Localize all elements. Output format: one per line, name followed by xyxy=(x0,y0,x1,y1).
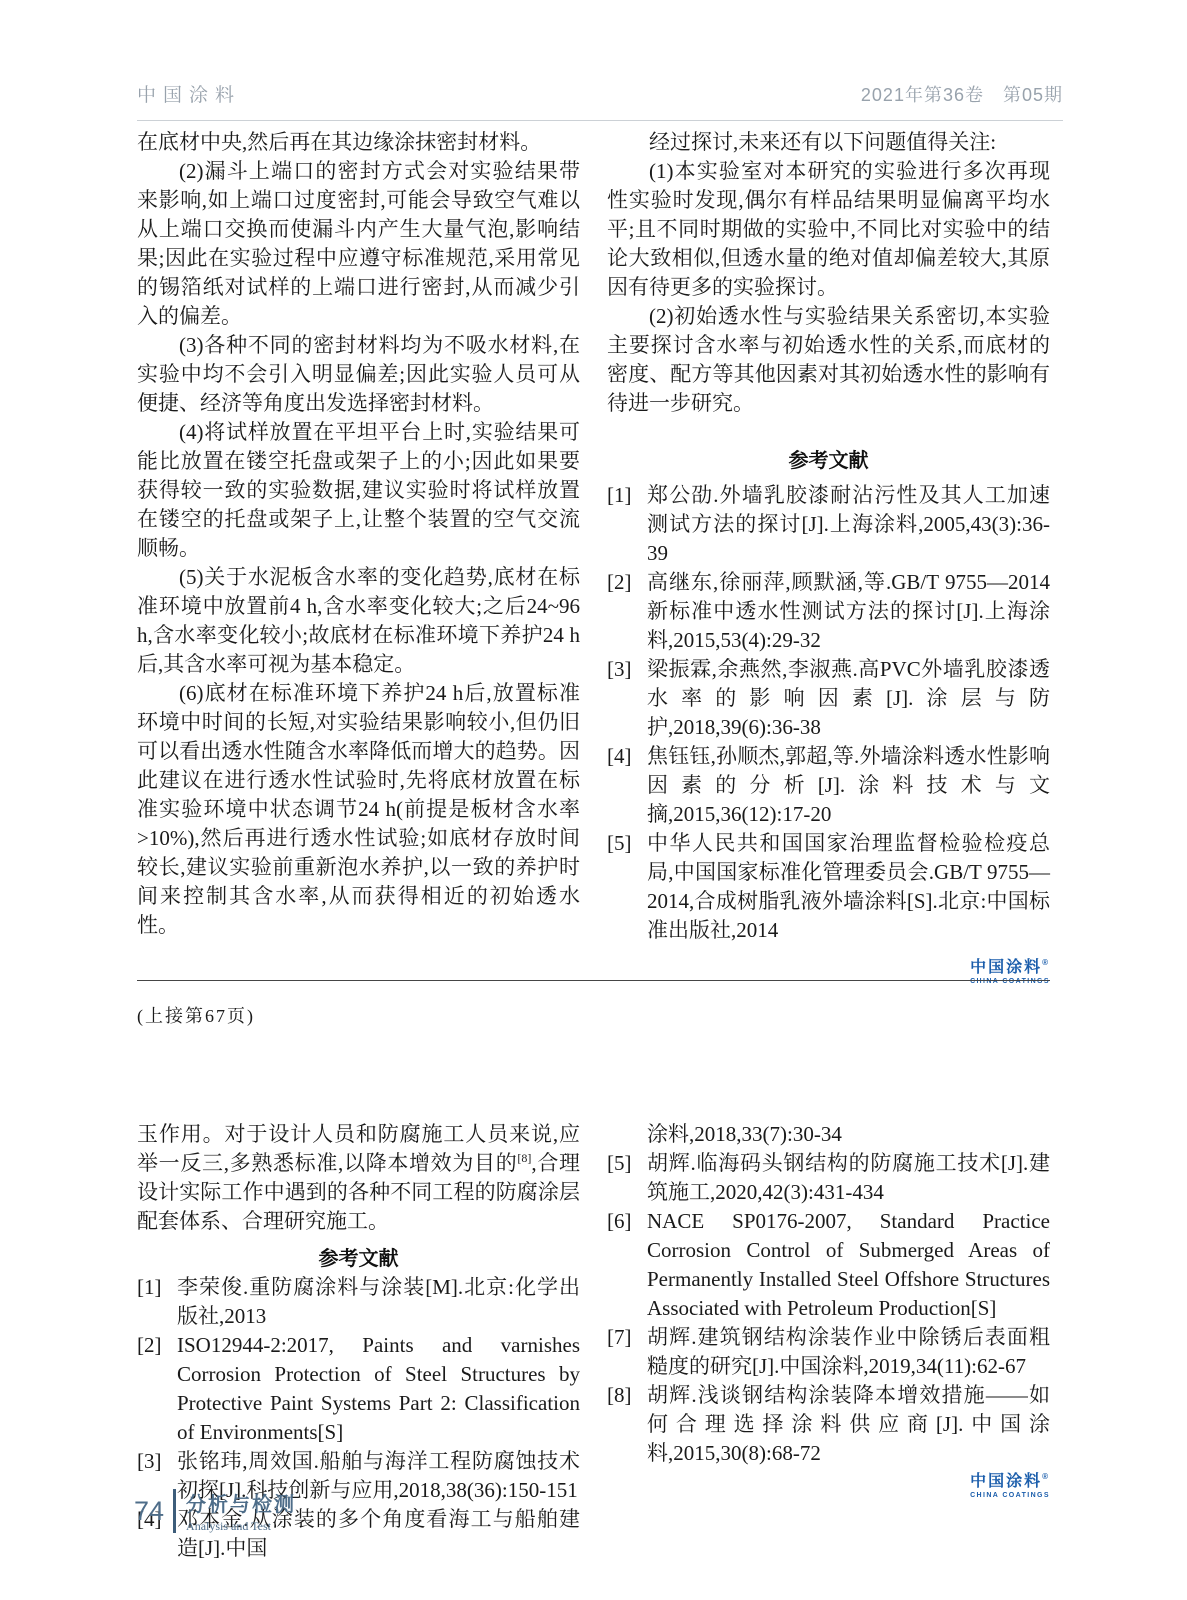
reference-number: [7] xyxy=(607,1323,632,1352)
reference-number: [1] xyxy=(137,1273,162,1302)
reference-number: [6] xyxy=(607,1207,632,1236)
reference-number: [2] xyxy=(137,1331,162,1360)
reference-item: [2] ISO12944-2:2017, Paints and varnishe… xyxy=(137,1331,580,1447)
paragraph: (3)各种不同的密封材料均为不吸水材料,在实验中均不会引入明显偏差;因此实验人员… xyxy=(137,331,580,418)
logo-container: 中国涂料® CHINA COATINGS xyxy=(607,1473,1050,1502)
reference-text: 中华人民共和国国家治理监督检验检疫总局,中国国家标准化管理委员会.GB/T 97… xyxy=(647,831,1050,942)
paragraph: 在底材中央,然后再在其边缘涂抹密封材料。 xyxy=(137,128,580,157)
registered-mark-icon: ® xyxy=(1042,958,1050,967)
reference-item: [1] 郑公劭.外墙乳胶漆耐沾污性及其人工加速测试方法的探讨[J].上海涂料,2… xyxy=(607,481,1050,568)
journal-page: 中国涂料 2021年第36卷 第05期 在底材中央,然后再在其边缘涂抹密封材料。… xyxy=(0,0,1187,1600)
reference-text: 胡辉.临海码头钢结构的防腐施工技术[J].建筑施工,2020,42(3):431… xyxy=(647,1151,1050,1204)
reference-number: [5] xyxy=(607,829,632,858)
reference-text: 梁振霖,余燕然,李淑燕.高PVC外墙乳胶漆透水率的影响因素[J].涂层与防护,2… xyxy=(647,657,1050,739)
reference-text: 焦钰钰,孙顺杰,郭超,等.外墙涂料透水性影响因素的分析[J].涂料技术与文摘,2… xyxy=(647,744,1050,826)
paragraph: (4)将试样放置在平坦平台上时,实验结果可能比放置在镂空托盘或架子上的小;因此如… xyxy=(137,418,580,563)
section-title-en: Analysis and Test xyxy=(186,1519,296,1534)
footer-divider-bar xyxy=(173,1489,176,1533)
china-coatings-logo: 中国涂料® CHINA COATINGS xyxy=(970,959,1050,985)
paragraph: (1)本实验室对本研究的实验进行多次再现性实验时发现,偶尔有样品结果明显偏离平均… xyxy=(607,157,1050,302)
reference-item: [7] 胡辉.建筑钢结构涂装作业中除锈后表面粗糙度的研究[J].中国涂料,201… xyxy=(607,1323,1050,1381)
reference-text: 李荣俊.重防腐涂料与涂装[M].北京:化学出版社,2013 xyxy=(177,1275,580,1328)
reference-text: 郑公劭.外墙乳胶漆耐沾污性及其人工加速测试方法的探讨[J].上海涂料,2005,… xyxy=(647,483,1050,565)
reference-continuation: 涂料,2018,33(7):30-34 xyxy=(607,1120,1050,1149)
logo-subtext: CHINA COATINGS xyxy=(970,978,1050,986)
bottom-right-column: 涂料,2018,33(7):30-34 [5] 胡辉.临海码头钢结构的防腐施工技… xyxy=(607,1120,1050,1563)
references-title: 参考文献 xyxy=(607,444,1050,473)
reference-number: [8] xyxy=(607,1381,632,1410)
paragraph: (2)漏斗上端口的密封方式会对实验结果带来影响,如上端口过度密封,可能会导致空气… xyxy=(137,157,580,331)
reference-text: NACE SP0176-2007, Standard Practice Corr… xyxy=(647,1209,1050,1320)
continuation-note: (上接第67页) xyxy=(137,1002,255,1028)
logo-text: 中国涂料® xyxy=(970,1473,1050,1491)
citation-superscript: [8] xyxy=(517,1151,531,1165)
page-number: 74 xyxy=(134,1496,164,1527)
reference-item: [1] 李荣俊.重防腐涂料与涂装[M].北京:化学出版社,2013 xyxy=(137,1273,580,1331)
reference-number: [3] xyxy=(607,655,632,684)
logo-container: 中国涂料® CHINA COATINGS xyxy=(607,959,1050,988)
reference-number: [1] xyxy=(607,481,632,510)
section-title-zh: 分析与检测 xyxy=(186,1488,296,1517)
top-left-column: 在底材中央,然后再在其边缘涂抹密封材料。 (2)漏斗上端口的密封方式会对实验结果… xyxy=(137,128,580,988)
paragraph: (5)关于水泥板含水率的变化趋势,底材在标准环境中放置前4 h,含水率变化较大;… xyxy=(137,563,580,679)
footer-section-title: 分析与检测 Analysis and Test xyxy=(186,1488,296,1534)
page-footer: 74 分析与检测 Analysis and Test xyxy=(134,1488,296,1534)
reference-item: [4] 焦钰钰,孙顺杰,郭超,等.外墙涂料透水性影响因素的分析[J].涂料技术与… xyxy=(607,742,1050,829)
logo-subtext: CHINA COATINGS xyxy=(970,1492,1050,1500)
reference-number: [5] xyxy=(607,1149,632,1178)
references-title: 参考文献 xyxy=(137,1242,580,1271)
reference-text: 胡辉.浅谈钢结构涂装降本增效措施——如何合理选择涂料供应商[J].中国涂料,20… xyxy=(647,1383,1050,1465)
reference-text: ISO12944-2:2017, Paints and varnishes Co… xyxy=(177,1333,580,1444)
top-section: 在底材中央,然后再在其边缘涂抹密封材料。 (2)漏斗上端口的密封方式会对实验结果… xyxy=(137,128,1050,988)
logo-text: 中国涂料® xyxy=(970,959,1050,977)
reference-number: [3] xyxy=(137,1447,162,1476)
journal-title: 中国涂料 xyxy=(137,80,241,107)
reference-text: 高继东,徐丽萍,顾默涵,等.GB/T 9755—2014新标准中透水性测试方法的… xyxy=(647,570,1050,652)
reference-item: [8] 胡辉.浅谈钢结构涂装降本增效措施——如何合理选择涂料供应商[J].中国涂… xyxy=(607,1381,1050,1468)
page-header: 中国涂料 2021年第36卷 第05期 xyxy=(137,80,1063,121)
reference-item: [5] 中华人民共和国国家治理监督检验检疫总局,中国国家标准化管理委员会.GB/… xyxy=(607,829,1050,945)
issue-info: 2021年第36卷 第05期 xyxy=(861,81,1063,107)
registered-mark-icon: ® xyxy=(1042,1472,1050,1481)
paragraph: (2)初始透水性与实验结果关系密切,本实验主要探讨含水率与初始透水性的关系,而底… xyxy=(607,302,1050,418)
paragraph: 玉作用。对于设计人员和防腐施工人员来说,应举一反三,多熟悉标准,以降本增效为目的… xyxy=(137,1120,580,1236)
reference-item: [6] NACE SP0176-2007, Standard Practice … xyxy=(607,1207,1050,1323)
reference-text: 胡辉.建筑钢结构涂装作业中除锈后表面粗糙度的研究[J].中国涂料,2019,34… xyxy=(647,1325,1050,1378)
reference-item: [3] 梁振霖,余燕然,李淑燕.高PVC外墙乳胶漆透水率的影响因素[J].涂层与… xyxy=(607,655,1050,742)
paragraph: (6)底材在标准环境下养护24 h后,放置标准环境中时间的长短,对实验结果影响较… xyxy=(137,679,580,940)
reference-item: [5] 胡辉.临海码头钢结构的防腐施工技术[J].建筑施工,2020,42(3)… xyxy=(607,1149,1050,1207)
top-right-column: 经过探讨,未来还有以下问题值得关注: (1)本实验室对本研究的实验进行多次再现性… xyxy=(607,128,1050,988)
paragraph: 经过探讨,未来还有以下问题值得关注: xyxy=(607,128,1050,157)
reference-number: [2] xyxy=(607,568,632,597)
section-divider xyxy=(137,980,1050,981)
reference-item: [2] 高继东,徐丽萍,顾默涵,等.GB/T 9755—2014新标准中透水性测… xyxy=(607,568,1050,655)
reference-number: [4] xyxy=(607,742,632,771)
china-coatings-logo: 中国涂料® CHINA COATINGS xyxy=(970,1473,1050,1499)
intro-text: 玉作用。对于设计人员和防腐施工人员来说,应举一反三,多熟悉标准,以降本增效为目的 xyxy=(137,1122,580,1175)
